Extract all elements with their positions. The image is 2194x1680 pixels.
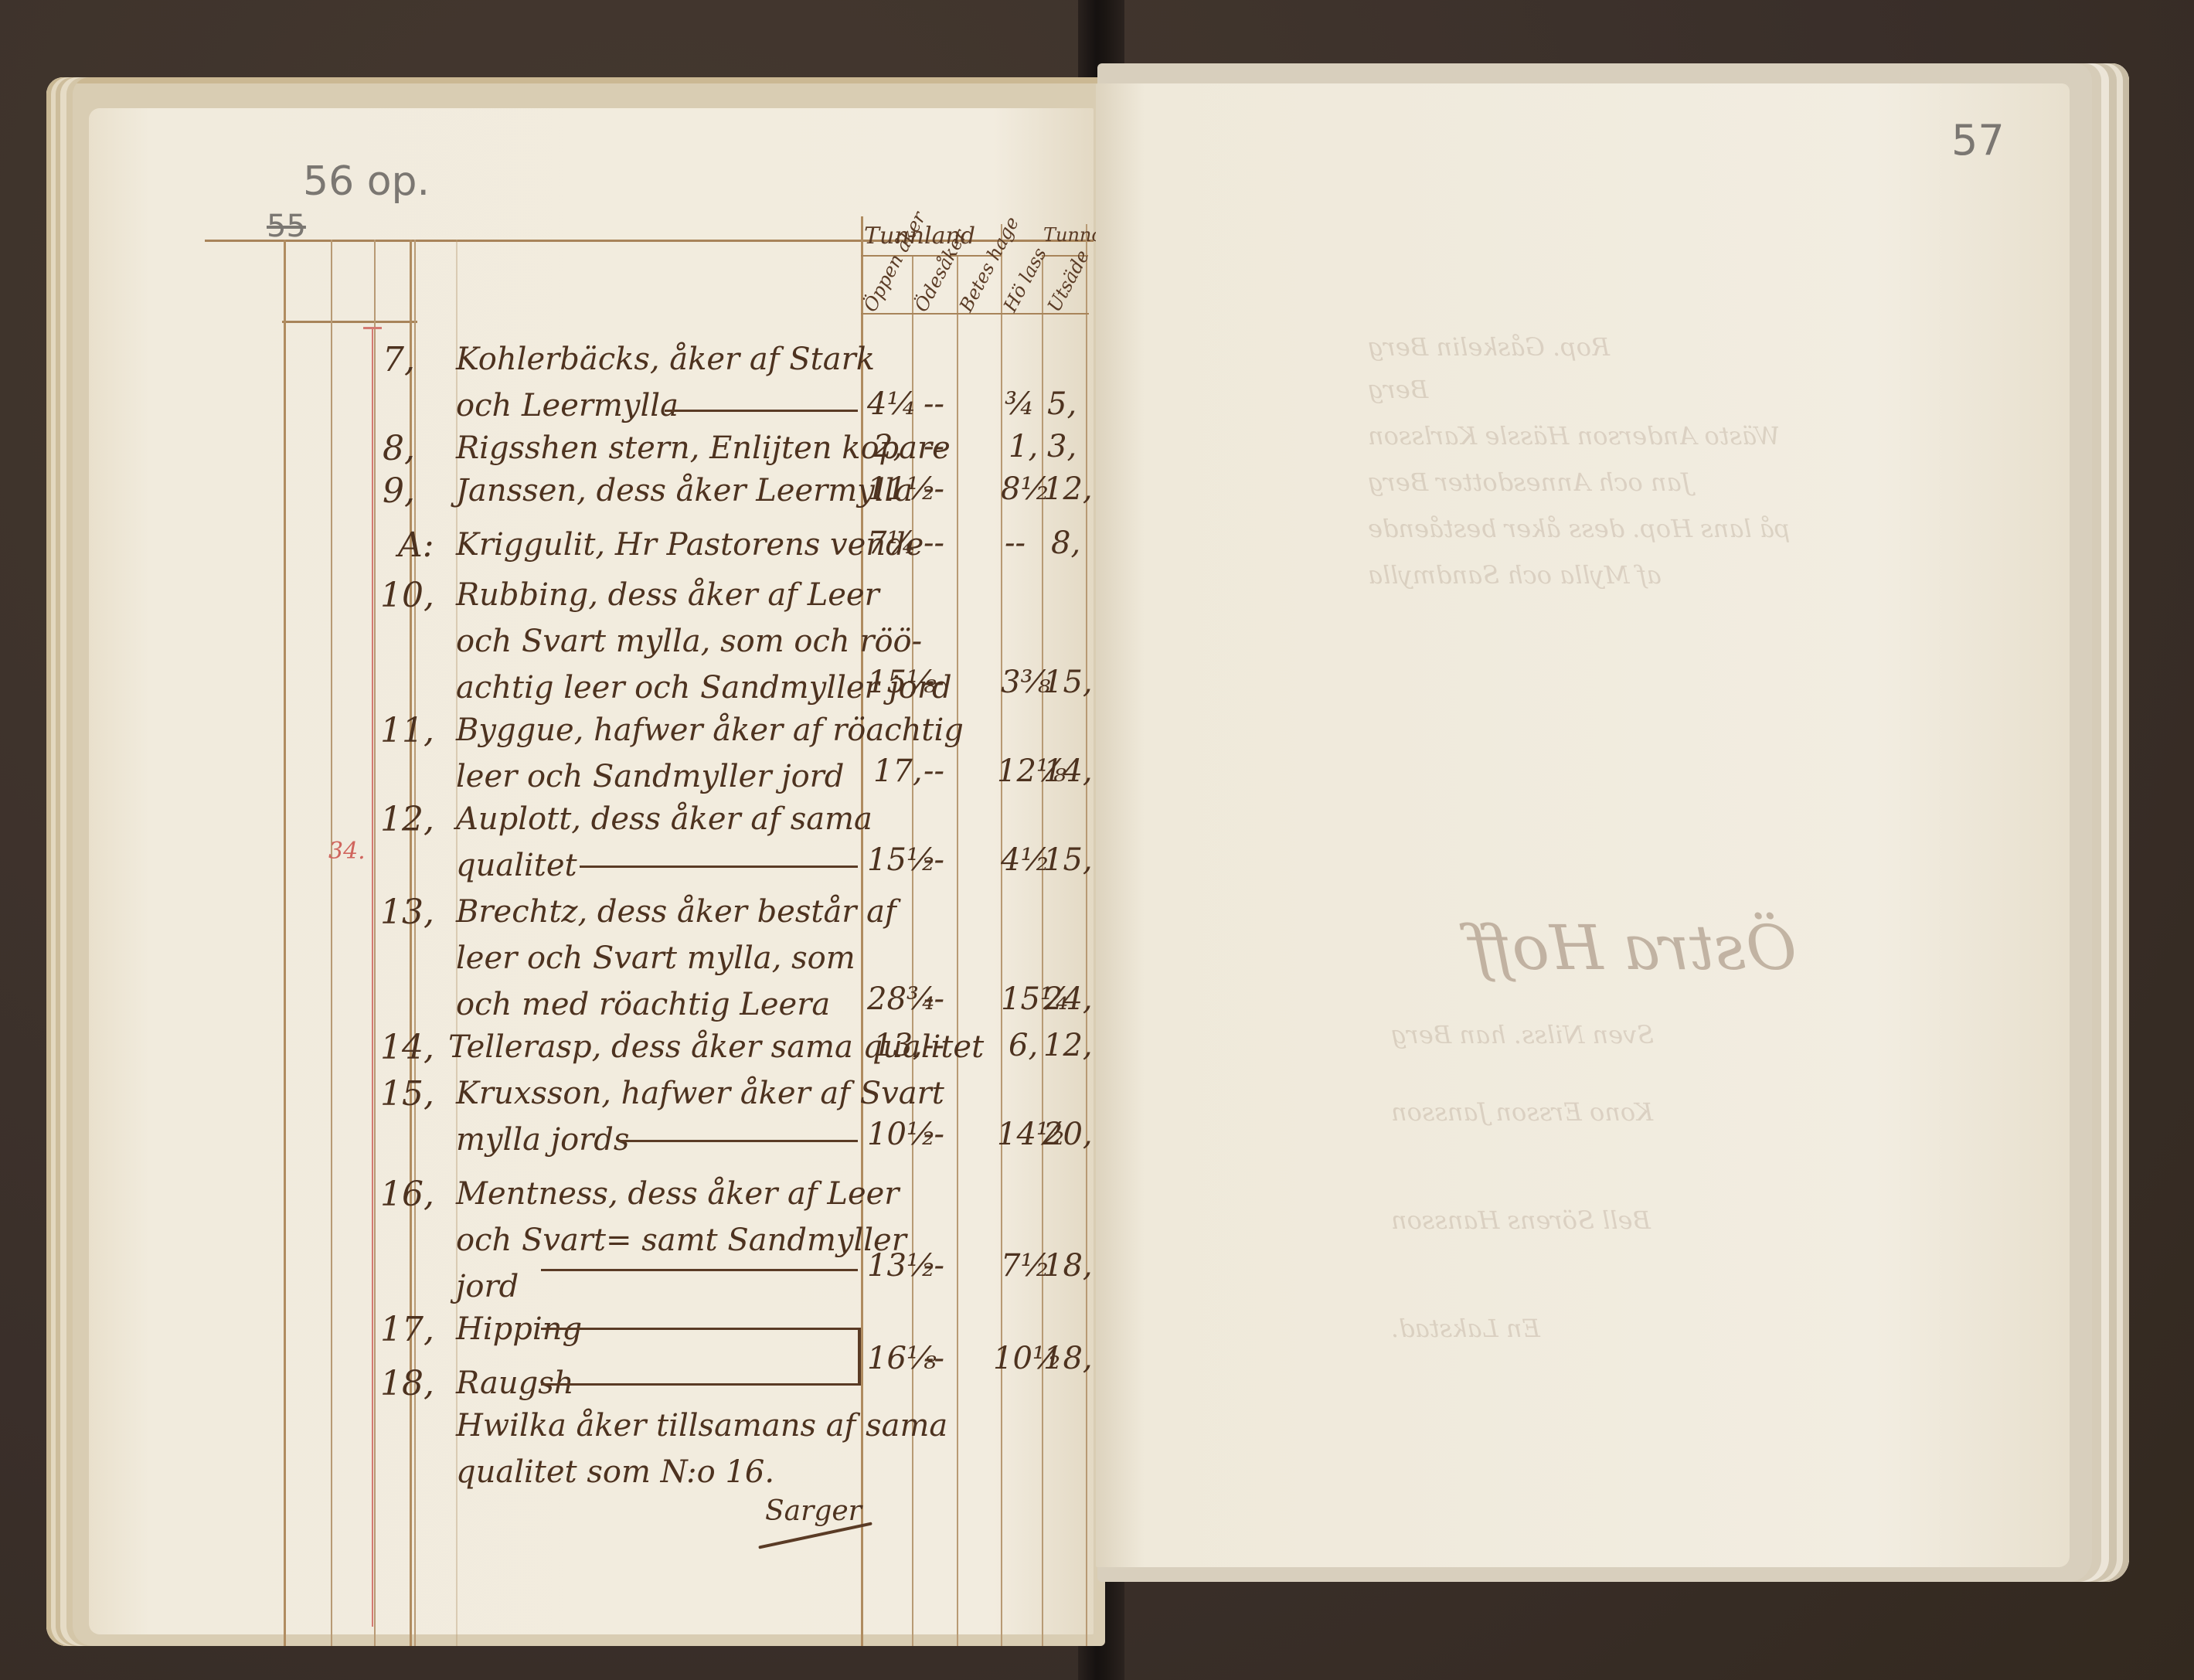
- seed-value: 20,: [1043, 1117, 1093, 1152]
- open-field-value: 4¼: [867, 386, 917, 422]
- fallow-value: --: [924, 1117, 944, 1152]
- row-number: 18,: [380, 1364, 434, 1403]
- hay-value: ¾: [1005, 386, 1035, 422]
- bleed-through-line: Wästo Anderson Hässle Karlsson: [1368, 421, 1780, 451]
- hay-value: 1,: [1009, 429, 1038, 464]
- seed-value: 12,: [1043, 471, 1093, 507]
- footnote-line: Hwilka åker tillsamans af sama: [456, 1403, 947, 1449]
- seed-value: 12,: [1043, 1028, 1093, 1063]
- col-rule-6: [1086, 224, 1087, 1646]
- bracket-line: [858, 1328, 861, 1386]
- seed-value: 18,: [1043, 1341, 1093, 1376]
- row-description: Kohlerbäcks, åker af Stark: [456, 336, 875, 383]
- row-description: och Leermylla: [456, 383, 679, 429]
- bleed-through-line: Sven Nilss. han Berg: [1391, 1020, 1654, 1049]
- seed-value: 24,: [1043, 981, 1093, 1017]
- bleed-through-line: Kono Ersson Jansson: [1391, 1097, 1653, 1127]
- row-description: Auplott, dess åker af sama: [456, 796, 872, 842]
- signature: Sarger: [765, 1495, 862, 1527]
- right-page: [1096, 83, 2070, 1567]
- row-number: 15,: [380, 1074, 434, 1114]
- margin-rule-2: [331, 240, 332, 1646]
- bleed-through-line: af Mylla och Sandmylla: [1368, 560, 1662, 590]
- pencil-folio-number: 56 op.: [303, 158, 430, 205]
- row-description: Rubbing, dess åker af Leer: [456, 572, 879, 618]
- fallow-value: --: [924, 665, 944, 700]
- bleed-through-line: Rop. Gåskelin Berg: [1368, 332, 1610, 362]
- seed-value: 15,: [1043, 665, 1093, 700]
- fallow-value: --: [924, 525, 944, 561]
- margin-rule-1: [284, 240, 286, 1646]
- fallow-value: --: [924, 842, 944, 878]
- row-description: jord: [456, 1263, 519, 1310]
- row-number: A:: [398, 525, 434, 565]
- row-number: 14,: [380, 1028, 434, 1067]
- row-description: mylla jords: [456, 1117, 629, 1163]
- row-description: Byggue, hafwer åker af röachtig: [456, 707, 964, 753]
- bleed-through-heading: Östra Hoff: [1468, 912, 1797, 984]
- bleed-through-line: En Lakstad.: [1391, 1314, 1540, 1343]
- margin-rule-3: [374, 240, 376, 1646]
- footnote-line: qualitet som N:o 16.: [456, 1449, 774, 1495]
- leader-line: [665, 410, 858, 412]
- row-number: 11,: [380, 711, 434, 750]
- leader-line: [541, 1269, 858, 1271]
- row-number: 16,: [380, 1175, 434, 1214]
- row-number: 10,: [380, 576, 434, 615]
- open-field-value: 7¼: [867, 525, 917, 561]
- bleed-through-line: Bell Sörens Hansson: [1391, 1206, 1651, 1235]
- leader-line: [618, 1140, 858, 1142]
- row-description: leer och Sandmyller jord: [456, 753, 844, 800]
- fallow-value: --: [924, 981, 944, 1017]
- pencil-folio-number: 57: [1951, 116, 2005, 165]
- row-description: Kriggulit, Hr Pastorens vende: [456, 522, 924, 568]
- bleed-through-line: Jan och Annesdotter Berg: [1368, 468, 1691, 497]
- row-number: 7,: [383, 340, 415, 379]
- red-bracket-line: [372, 328, 373, 1627]
- hay-value: 6,: [1009, 1028, 1038, 1063]
- fallow-value: --: [924, 1028, 944, 1063]
- col-rule-3: [957, 255, 958, 1646]
- bleed-through-line: på lans Hop. dess åker bestående: [1368, 514, 1790, 543]
- open-field-value: 13,: [873, 1028, 923, 1063]
- fallow-value: --: [924, 1341, 944, 1376]
- red-bracket-top: [363, 327, 382, 329]
- seed-value: 3,: [1047, 429, 1077, 464]
- seed-value: 8,: [1051, 525, 1080, 561]
- row-number: 9,: [383, 471, 415, 511]
- margin-header-rule: [282, 321, 417, 323]
- row-number: 13,: [380, 893, 434, 932]
- leader-line: [580, 866, 858, 868]
- leader-line: [541, 1328, 859, 1330]
- seed-value: 14,: [1043, 753, 1093, 789]
- leader-line: [541, 1383, 859, 1386]
- col-rule-5: [1042, 255, 1043, 1646]
- seed-value: 15,: [1043, 842, 1093, 878]
- row-description: Kruxsson, hafwer åker af Svart: [456, 1070, 944, 1117]
- open-field-value: 17,: [873, 753, 923, 789]
- row-description: Janssen, dess åker Leermylla: [456, 468, 913, 514]
- seed-value: 5,: [1047, 386, 1077, 422]
- fallow-value: --: [924, 386, 944, 422]
- row-description: och Svart= samt Sandmyller: [456, 1217, 907, 1263]
- row-description: Mentness, dess åker af Leer: [456, 1171, 899, 1217]
- red-margin-note: 34.: [328, 838, 366, 865]
- row-description: och med röachtig Leera: [456, 981, 830, 1028]
- row-number: 17,: [380, 1310, 434, 1349]
- fallow-value: --: [924, 429, 944, 464]
- bleed-through-line: Berg: [1368, 375, 1428, 404]
- row-description: och Svart mylla, som och röö-: [456, 618, 922, 665]
- seed-value: 18,: [1043, 1248, 1093, 1284]
- fallow-value: --: [924, 753, 944, 789]
- row-number: 12,: [380, 800, 434, 839]
- open-field-value: 2,: [873, 429, 903, 464]
- fallow-value: --: [924, 471, 944, 507]
- row-description: qualitet: [456, 842, 577, 889]
- row-number: 8,: [383, 429, 415, 468]
- row-description: Brechtz, dess åker består af: [456, 889, 896, 935]
- hay-value: --: [1005, 525, 1026, 561]
- col-rule-4: [1001, 224, 1002, 1646]
- row-description: leer och Svart mylla, som: [456, 935, 855, 981]
- fallow-value: --: [924, 1248, 944, 1284]
